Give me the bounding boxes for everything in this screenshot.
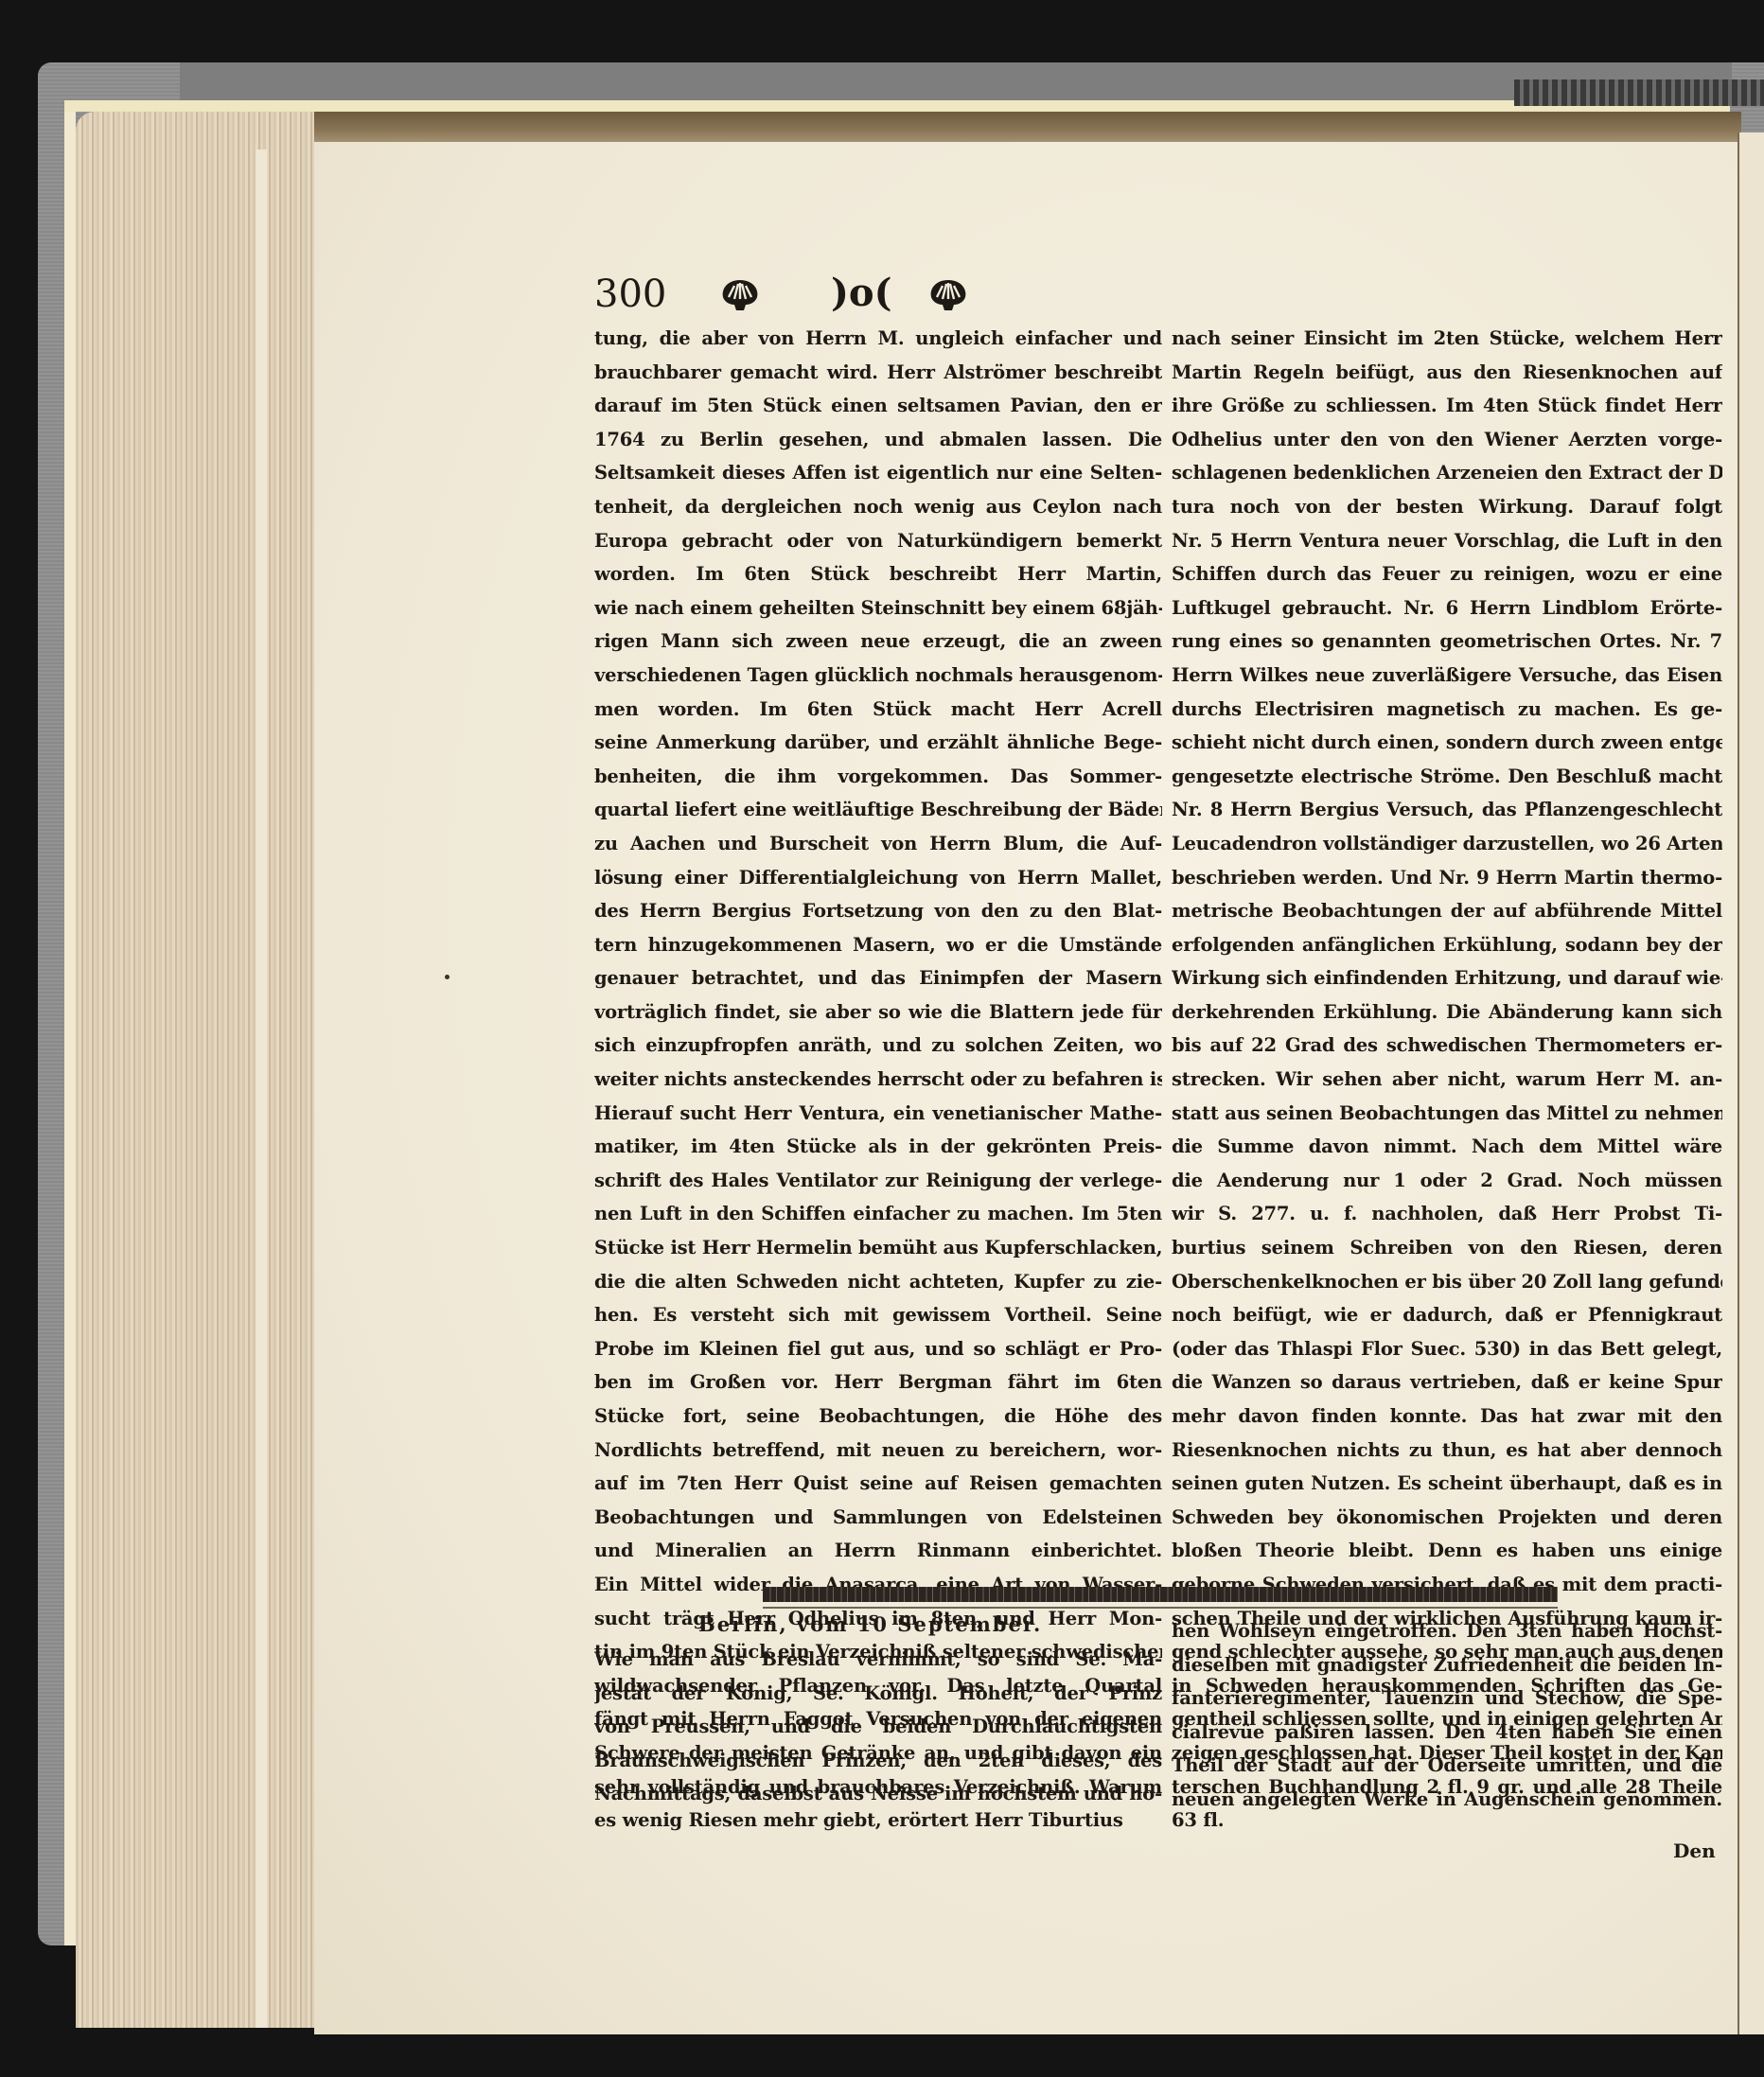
text-line: sich einzupfropfen anräth, und zu solche… xyxy=(594,1029,1162,1063)
text-line: Seltsamkeit dieses Affen ist eigentlich … xyxy=(594,456,1162,490)
text-line: von Preussen, und die beiden Durchlaucht… xyxy=(594,1710,1162,1744)
text-line: hen Wohlseyn eingetroffen. Den 3ten habe… xyxy=(1172,1614,1722,1648)
text-line: des Herrn Bergius Fortsetzung von den zu… xyxy=(594,894,1162,928)
text-line: rigen Mann sich zween neue erzeugt, die … xyxy=(594,625,1162,659)
text-line: Riesenknochen nichts zu thun, es hat abe… xyxy=(1172,1434,1722,1468)
text-line: seine Anmerkung darüber, und erzählt ähn… xyxy=(594,726,1162,760)
text-line: mehr davon finden konnte. Das hat zwar m… xyxy=(1172,1399,1722,1434)
text-line: wir S. 277. u. f. nachholen, daß Herr Pr… xyxy=(1172,1197,1722,1231)
article-left-column: tung, die aber von Herrn M. ungleich ein… xyxy=(594,322,1162,1838)
text-line: Beobachtungen und Sammlungen von Edelste… xyxy=(594,1501,1162,1535)
text-line: noch beifügt, wie er dadurch, daß er Pfe… xyxy=(1172,1298,1722,1332)
text-line: Schweden bey ökonomischen Projekten und … xyxy=(1172,1501,1722,1535)
text-line: Wie man aus Breslau vernimmt, so sind Se… xyxy=(594,1643,1162,1677)
book-cover-top xyxy=(180,62,1732,104)
text-line: worden. Im 6ten Stück beschreibt Herr Ma… xyxy=(594,557,1162,591)
text-line: bis auf 22 Grad des schwedischen Thermom… xyxy=(1172,1029,1722,1063)
text-line: Leucadendron vollständiger darzustellen,… xyxy=(1172,827,1722,861)
text-line: Nordlichts betreffend, mit neuen zu bere… xyxy=(594,1434,1162,1468)
text-line: gengesetzte electrische Ströme. Den Besc… xyxy=(1172,760,1722,794)
text-line: Probe im Kleinen fiel gut aus, und so sc… xyxy=(594,1332,1162,1366)
text-line: Wirkung sich einfindenden Erhitzung, und… xyxy=(1172,961,1722,995)
text-line: Luftkugel gebraucht. Nr. 6 Herrn Lindblo… xyxy=(1172,591,1722,625)
text-line: schieht nicht durch einen, sondern durch… xyxy=(1172,726,1722,760)
catchword: Den xyxy=(1673,1839,1716,1862)
header-center-ornament: )o( xyxy=(831,271,892,315)
facing-page-edge xyxy=(1738,132,1764,2034)
endpaper-top-edge xyxy=(64,100,1730,112)
news-left-column: Wie man aus Breslau vernimmt, so sind Se… xyxy=(594,1643,1162,1811)
text-line: auf im 7ten Herr Quist seine auf Reisen … xyxy=(594,1467,1162,1501)
endpaper-edge xyxy=(64,100,76,1945)
text-line: schrift des Hales Ventilator zur Reinigu… xyxy=(594,1164,1162,1198)
text-line: Stücke fort, seine Beobachtungen, die Hö… xyxy=(594,1399,1162,1434)
text-line: weiter nichts ansteckendes herrscht oder… xyxy=(594,1063,1162,1097)
text-line: zu Aachen und Burscheit von Herrn Blum, … xyxy=(594,827,1162,861)
text-line: Nachmittags, daselbst aus Neisse im höch… xyxy=(594,1777,1162,1811)
spine-binding-threads xyxy=(1514,79,1764,106)
text-line: tern hinzugekommenen Masern, wo er die U… xyxy=(594,928,1162,962)
text-line: quartal liefert eine weitläuftige Beschr… xyxy=(594,793,1162,827)
text-line: hen. Es versteht sich mit gewissem Vorth… xyxy=(594,1298,1162,1332)
text-line: tura noch von der besten Wirkung. Darauf… xyxy=(1172,490,1722,524)
text-line: derkehrenden Erkühlung. Die Abänderung k… xyxy=(1172,995,1722,1030)
text-line: bloßen Theorie bleibt. Denn es haben uns… xyxy=(1172,1534,1722,1568)
text-line: rung eines so genannten geometrischen Or… xyxy=(1172,625,1722,659)
text-line: jestät der König, Se. Königl. Hoheit, de… xyxy=(594,1677,1162,1711)
text-line: Nr. 8 Herrn Bergius Versuch, das Pflanze… xyxy=(1172,793,1722,827)
text-line: nen Luft in den Schiffen einfacher zu ma… xyxy=(594,1197,1162,1231)
text-line: genauer betrachtet, und das Einimpfen de… xyxy=(594,961,1162,995)
text-line: Nr. 5 Herrn Ventura neuer Vorschlag, die… xyxy=(1172,524,1722,558)
page-number: 300 xyxy=(594,273,666,316)
text-line: vorträglich findet, sie aber so wie die … xyxy=(594,995,1162,1030)
text-line: erfolgenden anfänglichen Erkühlung, soda… xyxy=(1172,928,1722,962)
text-line: die Wanzen so daraus vertrieben, daß er … xyxy=(1172,1365,1722,1399)
text-line: nach seiner Einsicht im 2ten Stücke, wel… xyxy=(1172,322,1722,356)
text-line: Hierauf sucht Herr Ventura, ein venetian… xyxy=(594,1097,1162,1131)
text-line: die Aenderung nur 1 oder 2 Grad. Noch mü… xyxy=(1172,1164,1722,1198)
text-line: 1764 zu Berlin gesehen, und abmalen lass… xyxy=(594,423,1162,457)
text-line: men worden. Im 6ten Stück macht Herr Acr… xyxy=(594,693,1162,727)
text-line: lösung einer Differentialgleichung von H… xyxy=(594,861,1162,895)
text-line: beschrieben werden. Und Nr. 9 Herrn Mart… xyxy=(1172,861,1722,895)
page-header: 300 )o( xyxy=(594,276,1711,324)
text-line: (oder das Thlaspi Flor Suec. 530) in das… xyxy=(1172,1332,1722,1366)
text-line: Braunschweigischen Prinzen, den 2ten die… xyxy=(594,1744,1162,1778)
margin-speck xyxy=(445,975,450,979)
text-line: Herrn Wilkes neue zuverläßigere Versuche… xyxy=(1172,659,1722,693)
text-line: und Mineralien an Herrn Rinmann einberic… xyxy=(594,1534,1162,1568)
text-line: burtius seinem Schreiben von den Riesen,… xyxy=(1172,1231,1722,1265)
text-line: Schiffen durch das Feuer zu reinigen, wo… xyxy=(1172,557,1722,591)
news-dateline-heading: Berlin, vom 10 September. xyxy=(698,1612,1042,1636)
text-line: tung, die aber von Herrn M. ungleich ein… xyxy=(594,322,1162,356)
text-line: schlagenen bedenklichen Arzeneien den Ex… xyxy=(1172,456,1722,490)
text-line: cialrevüe paßiren lassen. Den 4ten haben… xyxy=(1172,1716,1722,1750)
page-stack-fore-edge xyxy=(76,112,314,2028)
text-line: ben im Großen vor. Herr Bergman fährt im… xyxy=(594,1365,1162,1399)
section-divider-thin-rule xyxy=(763,1607,1558,1609)
text-line: tenheit, da dergleichen noch wenig aus C… xyxy=(594,490,1162,524)
text-line: fanterieregimenter, Tauenzin und Stechow… xyxy=(1172,1681,1722,1716)
text-line: die die alten Schweden nicht achteten, K… xyxy=(594,1265,1162,1299)
text-line: matiker, im 4ten Stücke als in der gekrö… xyxy=(594,1130,1162,1164)
text-line: Europa gebracht oder von Naturkündigern … xyxy=(594,524,1162,558)
text-line: wie nach einem geheilten Steinschnitt be… xyxy=(594,591,1162,625)
article-right-column: nach seiner Einsicht im 2ten Stücke, wel… xyxy=(1172,322,1722,1838)
text-line: verschiedenen Tagen glücklich nochmals h… xyxy=(594,659,1162,693)
text-line: Theil der Stadt auf der Oderseite umritt… xyxy=(1172,1749,1722,1783)
text-line: statt aus seinen Beobachtungen das Mitte… xyxy=(1172,1097,1722,1131)
text-line: dieselben mit gnädigster Zufriedenheit d… xyxy=(1172,1648,1722,1682)
text-line: benheiten, die ihm vorgekommen. Das Somm… xyxy=(594,760,1162,794)
text-line: durchs Electrisiren magnetisch zu machen… xyxy=(1172,693,1722,727)
news-right-column: hen Wohlseyn eingetroffen. Den 3ten habe… xyxy=(1172,1614,1722,1817)
text-line: darauf im 5ten Stück einen seltsamen Pav… xyxy=(594,389,1162,423)
text-line: die Summe davon nimmt. Nach dem Mittel w… xyxy=(1172,1130,1722,1164)
text-line: metrische Beobachtungen der auf abführen… xyxy=(1172,894,1722,928)
text-line: ihre Größe zu schliessen. Im 4ten Stück … xyxy=(1172,389,1722,423)
text-line: seinen guten Nutzen. Es scheint überhaup… xyxy=(1172,1467,1722,1501)
text-line: strecken. Wir sehen aber nicht, warum He… xyxy=(1172,1063,1722,1097)
shell-ornament-icon xyxy=(927,276,969,318)
section-divider-rule xyxy=(763,1587,1558,1602)
text-line: Stücke ist Herr Hermelin bemüht aus Kupf… xyxy=(594,1231,1162,1265)
text-line: neuen angelegten Werke in Augenschein ge… xyxy=(1172,1783,1722,1817)
shell-ornament-icon xyxy=(719,276,761,318)
text-line: Oberschenkelknochen er bis über 20 Zoll … xyxy=(1172,1265,1722,1299)
text-line: Martin Regeln beifügt, aus den Riesenkno… xyxy=(1172,356,1722,390)
text-line: brauchbarer gemacht wird. Herr Alströmer… xyxy=(594,356,1162,390)
text-line: Odhelius unter den von den Wiener Aerzte… xyxy=(1172,423,1722,457)
